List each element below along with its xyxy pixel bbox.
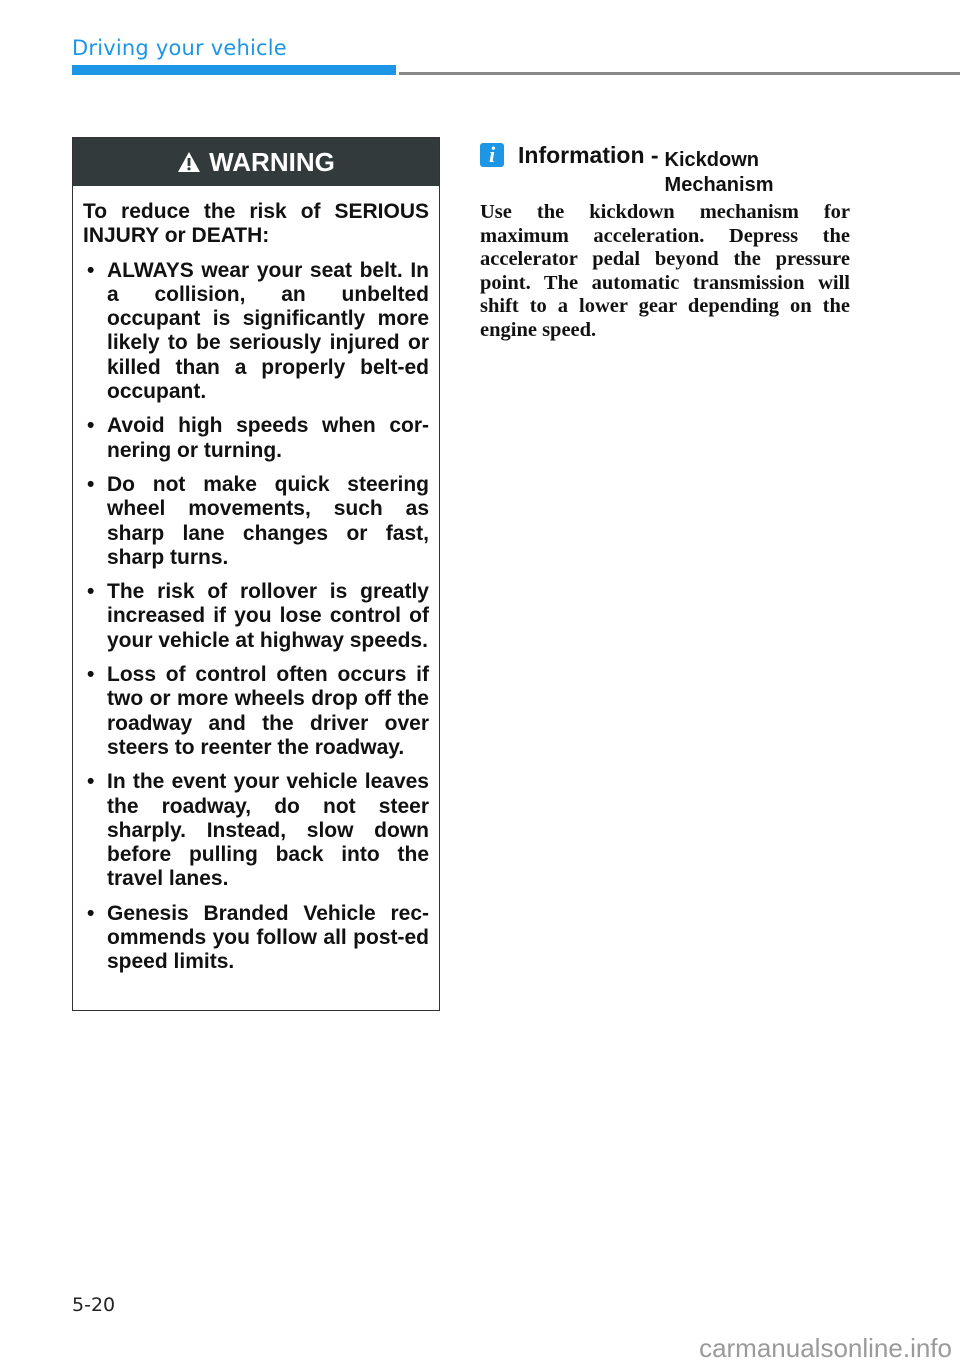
warning-box: WARNING To reduce the risk of SERIOUS IN… [72,137,440,1011]
section-title: Driving your vehicle [72,36,287,60]
warning-title: WARNING [209,147,335,178]
warning-bullet: Loss of control often occurs if two or m… [83,663,429,760]
warning-bullet: Avoid high speeds when cor-nering or tur… [83,414,429,463]
warning-bullet: ALWAYS wear your seat belt. In a collisi… [83,259,429,405]
page-number: 5-20 [72,1294,115,1316]
warning-bullet: Genesis Branded Vehicle rec-ommends you … [83,902,429,975]
information-label: Information - [518,142,659,168]
header-rule [399,72,960,75]
information-text: Use the kickdown mechanism for maximum a… [480,201,850,343]
watermark: carmanualsonline.info [699,1333,952,1362]
header-accent-bar [72,65,396,75]
warning-triangle-icon [177,151,201,173]
warning-bullet: Do not make quick steering wheel movemen… [83,473,429,570]
info-icon: i [480,143,504,167]
warning-header: WARNING [73,138,439,186]
warning-bullet: The risk of rollover is greatly increase… [83,580,429,653]
information-heading: i Information - Kickdown Mechanism [480,142,773,198]
information-topic-line2: Mechanism [665,173,774,198]
warning-body: To reduce the risk of SERIOUS INJURY or … [73,186,439,975]
information-topic: Kickdown Mechanism [665,148,774,198]
warning-bullet: In the event your vehicle leaves the roa… [83,770,429,891]
warning-bullet-list: ALWAYS wear your seat belt. In a collisi… [83,259,429,975]
information-topic-line1: Kickdown [665,148,774,173]
warning-intro: To reduce the risk of SERIOUS INJURY or … [83,200,429,249]
